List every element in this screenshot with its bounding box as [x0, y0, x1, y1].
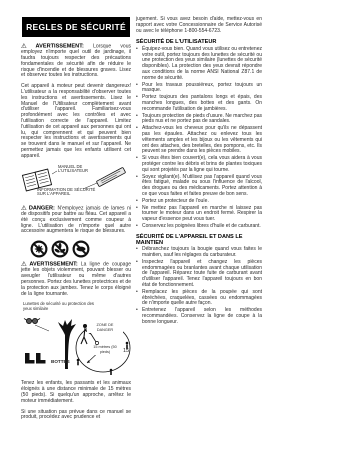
closing-text: Si une situation pas prévue dans ce manu… [21, 409, 131, 421]
keep-away-text: Tenez les enfants, les passants et les a… [21, 380, 131, 403]
intro-text: Cet appareil à moteur peut devenir dange… [21, 83, 131, 159]
right-column: jugement. Si vous avez besoin d'aide, me… [136, 17, 262, 330]
manual-label: MANUEL DE L'UTILISATEUR [58, 165, 100, 175]
bullet-item: Remplacez les pièces de la poupée qui so… [136, 290, 262, 307]
safety-info-label: INFORMATION DE SÉCURITÉ SUR L'APPAREIL [37, 188, 97, 198]
no-saw-blade-icon [30, 240, 48, 258]
bullet-item: Inspectez l'appareil et changez les pièc… [136, 260, 262, 289]
maintenance-safety-heading: SÉCURITÉ DE L'APPAREIL ET DANS LE MAINTI… [136, 234, 262, 246]
left-column: REGLES DE SÉCURITÉ ⚠AVERTISSEMENT: Lorsq… [21, 17, 131, 426]
bullet-item: Débranchez toujours la bougie quand vous… [136, 247, 262, 259]
warning-paragraph-1: ⚠AVERTISSEMENT: Lorsque vous employez n'… [21, 44, 131, 79]
bullet-item: Équipez-vous bien. Quand vous utilisez o… [136, 47, 262, 82]
maintenance-safety-list: Débranchez toujours la bougie quand vous… [136, 247, 262, 325]
goggles-label: Lunettes de sécurité ou protection des y… [23, 302, 95, 312]
prohibition-symbols [21, 240, 131, 258]
no-brush-blade-icon [51, 240, 69, 258]
warning-paragraph-2: ⚠AVERTISSEMENT: La ligne de coupage jett… [21, 262, 131, 297]
bullet-item: Portez toujours des pantalons longs et é… [136, 95, 262, 112]
continuation-text: jugement. Si vous avez besoin d'aide, me… [136, 16, 262, 34]
user-safety-list: Équipez-vous bien. Quand vous utilisez o… [136, 47, 262, 230]
page-title: REGLES DE SÉCURITÉ [22, 17, 130, 37]
danger-paragraph: ⚠DANGER: N'employez jamais de lames ni d… [21, 206, 131, 235]
boots-label: BOTTES [51, 360, 70, 365]
warning-text: Lorsque vous employez n'importe quel out… [21, 44, 131, 79]
intro-paragraph: Cet appareil à moteur peut devenir dange… [21, 84, 131, 159]
bullet-item: Ne mettez pas l'appareil en marche ni la… [136, 206, 262, 223]
page-title-text: REGLES DE SÉCURITÉ [26, 22, 126, 32]
page-number: 15 [118, 348, 134, 354]
danger-zone-label: ZONE DE DANGER [87, 323, 123, 333]
user-safety-heading: SÉCURITÉ DE L'UTILISATEUR [136, 39, 262, 45]
keep-away-paragraph: Tenez les enfants, les passants et les a… [21, 381, 131, 404]
manual-page: REGLES DE SÉCURITÉ ⚠AVERTISSEMENT: Lorsq… [0, 0, 360, 466]
warning-text: La ligne de coupage jette les objets vio… [21, 262, 131, 297]
bullet-item: Si vous êtes bien couvert(e), cela vous … [136, 156, 262, 173]
bullet-item: Conservez les poignées libres d'huile et… [136, 224, 262, 230]
bullet-item: Pour les travaux poussiéreux, portez tou… [136, 83, 262, 95]
manual-figure: MANUEL DE L'UTILISATEUR INFORMATION DE S… [21, 165, 131, 201]
bullet-item: Portez un protecteur de l'ouïe. [136, 199, 262, 205]
closing-paragraph: Si une situation pas prévue dans ce manu… [21, 410, 131, 422]
danger-zone-figure: Lunettes de sécurité ou protection des y… [21, 302, 131, 376]
no-flat-blade-icon [72, 240, 90, 258]
bullet-item: Attachez-vous les cheveux pour qu'ils ne… [136, 126, 262, 155]
bullet-item: Entretenez l'appareil selon les méthodes… [136, 308, 262, 325]
continuation-paragraph: jugement. Si vous avez besoin d'aide, me… [136, 17, 262, 34]
bullet-item: Soyez vigilant(e). N'utilisez pas l'appa… [136, 175, 262, 198]
bullet-item: Toujours protection de pieds d'usure. Ne… [136, 114, 262, 126]
distance-label: 15 mètres (50 pieds) [91, 345, 119, 355]
